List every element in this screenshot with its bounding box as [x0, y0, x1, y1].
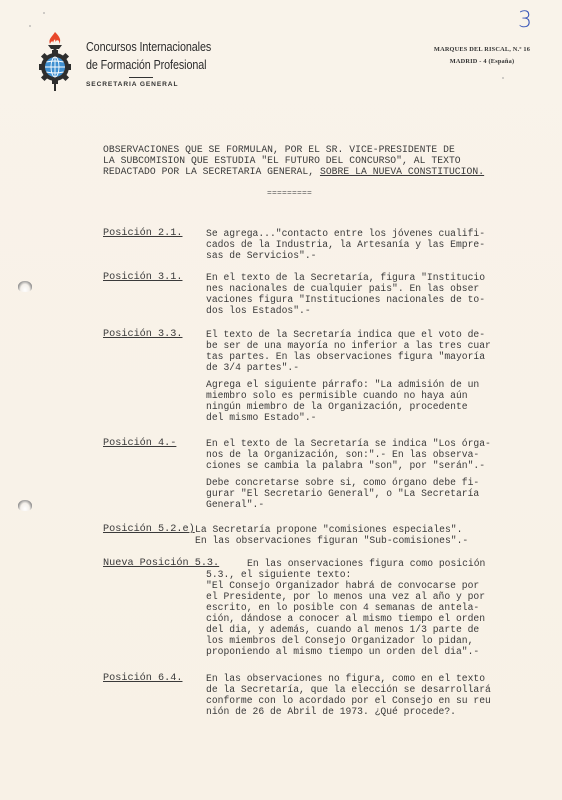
torch-globe-gear-icon — [39, 30, 71, 92]
address-block: MARQUES DEL RISCAL, N.º 16 MADRID - 4 (E… — [412, 44, 552, 68]
item-text: 5.3., el siguiente texto: "El Consejo Or… — [206, 569, 485, 657]
heading-line1: OBSERVACIONES QUE SE FORMULAN, POR EL SR… — [103, 144, 455, 155]
org-name-line1: Concursos Internacionales — [86, 38, 211, 56]
item-label: Posición 2.1. — [103, 228, 182, 239]
item-label: Posición 5.2.e) — [103, 524, 195, 535]
item-label: Posición 3.3. — [103, 329, 182, 340]
item-text: La Secretaría propone "comisiones especi… — [195, 524, 555, 546]
item-text: En el texto de la Secretaría se indica "… — [206, 438, 562, 471]
item-text-intro: En las onservaciones figura como posició… — [247, 558, 485, 569]
item-label: Posición 4.- — [103, 438, 176, 449]
item-text-second-paragraph: Agrega el siguiente párrafo: "La admisió… — [206, 379, 479, 423]
paper-speck — [43, 12, 45, 14]
handwritten-page-number: 3 — [518, 8, 532, 33]
document-heading: OBSERVACIONES QUE SE FORMULAN, POR EL SR… — [103, 144, 562, 177]
item-text: En las observaciones no figura, como en … — [206, 673, 562, 717]
item-text: El texto de la Secretaría indica que el … — [206, 329, 562, 373]
letterhead-rule — [129, 77, 153, 78]
org-name-line2: de Formación Profesional — [86, 56, 211, 74]
section-divider: ========= — [267, 189, 312, 198]
heading-line3: REDACTADO POR LA SECRETARIA GENERAL, — [103, 166, 320, 177]
item-text: Se agrega..."contacto entre los jóvenes … — [206, 228, 562, 261]
item-text: En el texto de la Secretaría, figura "In… — [206, 272, 562, 316]
item-label: Posición 6.4. — [103, 673, 182, 684]
address-line1: MARQUES DEL RISCAL, N.º 16 — [412, 44, 552, 56]
paper-speck — [29, 25, 31, 27]
punch-hole — [18, 500, 32, 511]
item-text-second-paragraph: Debe concretarse sobre si, como órgano d… — [206, 477, 479, 510]
heading-line2: LA SUBCOMISION QUE ESTUDIA "EL FUTURO DE… — [103, 155, 461, 166]
department-name: SECRETARIA GENERAL — [86, 81, 178, 88]
heading-underlined: SOBRE LA NUEVA CONSTITUCION. — [320, 166, 484, 177]
item-label: Posición 3.1. — [103, 272, 182, 283]
paper-speck — [502, 77, 504, 79]
document-page: Concursos Internacionales de Formación P… — [0, 0, 562, 800]
item-label: Nueva Posición 5.3. — [103, 558, 219, 569]
address-line2: MADRID - 4 (España) — [412, 56, 552, 68]
punch-hole — [18, 281, 32, 292]
organization-name: Concursos Internacionales de Formación P… — [86, 38, 211, 74]
